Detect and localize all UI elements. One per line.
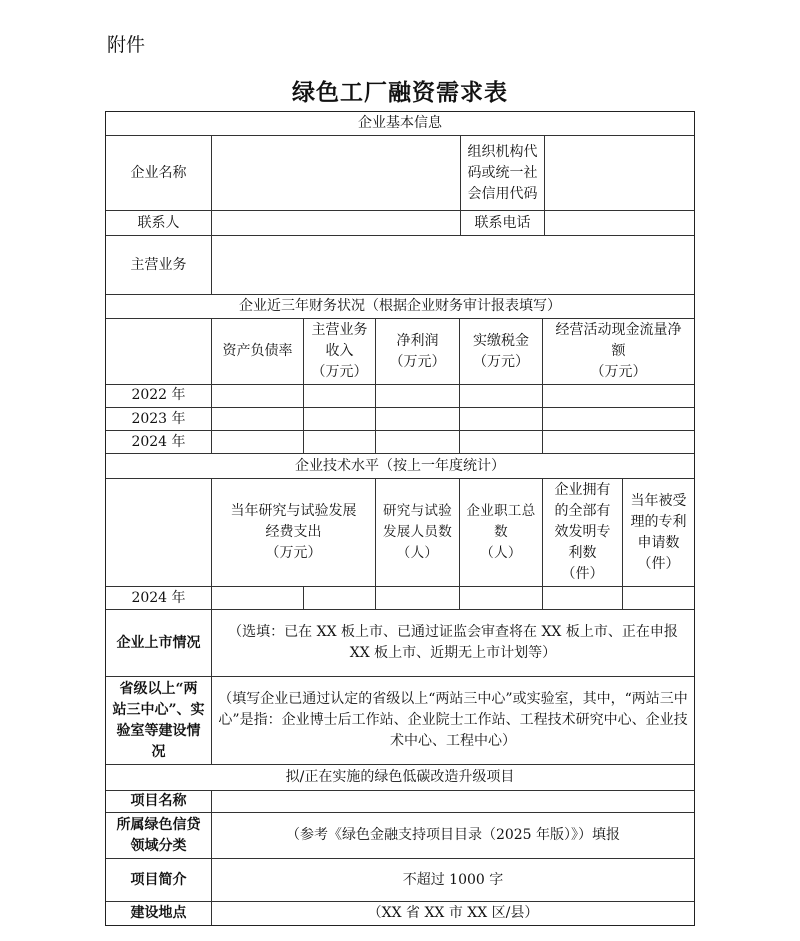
financing-form-table: 企业基本信息 企业名称 组织机构代 码或统一社 会信用代码 联系人 联系电话 主… (105, 111, 695, 926)
construction-location-field[interactable]: （XX 省 XX 市 XX 区/县） (212, 902, 694, 925)
tech-cell[interactable] (460, 587, 543, 610)
finance-col-header-blank (106, 319, 212, 385)
finance-cell[interactable] (543, 384, 694, 408)
finance-cell[interactable] (543, 408, 694, 431)
section-header-project: 拟/正在实施的绿色低碳改造升级项目 (106, 765, 694, 791)
tech-row-year: 2024 年 (106, 587, 212, 610)
tech-col-header-total-staff: 企业职工总 数 （人） (460, 479, 543, 587)
finance-row-year: 2023 年 (106, 408, 212, 431)
finance-cell[interactable] (376, 384, 460, 408)
finance-col-header-net-profit: 净利润 （万元） (376, 319, 460, 385)
project-name-field[interactable] (212, 791, 694, 813)
finance-cell[interactable] (460, 408, 543, 431)
attachment-label: 附件 (107, 30, 145, 57)
section-header-finance: 企业近三年财务状况（根据企业财务审计报表填写） (106, 295, 694, 319)
construction-location-label: 建设地点 (106, 902, 212, 925)
main-business-field[interactable] (212, 236, 694, 295)
listing-status-field[interactable]: （选填：已在 XX 板上市、已通过证监会审查将在 XX 板上市、正在申报 XX … (212, 610, 694, 677)
green-credit-category-field[interactable]: （参考《绿色金融支持项目目录（2025 年版）》）填报 (212, 813, 694, 859)
research-centers-field[interactable]: （填写企业已通过认定的省级以上“两站三中心”或实验室，其中，“两站三中心”是指：… (212, 677, 694, 765)
contact-label: 联系人 (106, 211, 212, 236)
finance-col-header-revenue: 主营业务 收入 （万元） (304, 319, 376, 385)
finance-cell[interactable] (376, 431, 460, 454)
contact-field[interactable] (212, 211, 461, 236)
tech-cell[interactable] (543, 587, 623, 610)
company-name-label: 企业名称 (106, 136, 212, 211)
tech-col-header-patent-applications: 当年被受 理的专利 申请数 （件） (623, 479, 694, 587)
main-business-label: 主营业务 (106, 236, 212, 295)
finance-cell[interactable] (460, 431, 543, 454)
org-code-field[interactable] (545, 136, 694, 211)
tech-cell[interactable] (212, 587, 304, 610)
finance-cell[interactable] (304, 384, 376, 408)
section-header-tech: 企业技术水平（按上一年度统计） (106, 454, 694, 479)
tech-cell[interactable] (623, 587, 694, 610)
org-code-label: 组织机构代 码或统一社 会信用代码 (461, 136, 545, 211)
listing-status-label: 企业上市情况 (106, 610, 212, 677)
tech-cell[interactable] (304, 587, 376, 610)
finance-cell[interactable] (212, 384, 304, 408)
tech-col-header-patents-held: 企业拥有 的全部有 效发明专 利数 （件） (543, 479, 623, 587)
project-intro-field[interactable]: 不超过 1000 字 (212, 859, 694, 902)
finance-cell[interactable] (376, 408, 460, 431)
tech-col-header-rd-staff: 研究与试验 发展人员数 （人） (376, 479, 460, 587)
finance-cell[interactable] (212, 431, 304, 454)
tech-col-header-blank (106, 479, 212, 587)
finance-cell[interactable] (304, 431, 376, 454)
form-title: 绿色工厂融资需求表 (0, 74, 800, 107)
finance-row-year: 2022 年 (106, 384, 212, 408)
finance-col-header-tax-paid: 实缴税金 （万元） (460, 319, 543, 385)
finance-cell[interactable] (304, 408, 376, 431)
research-centers-label: 省级以上“两 站三中心”、实 验室等建设情 况 (106, 677, 212, 765)
project-intro-label: 项目简介 (106, 859, 212, 902)
section-header-basic-info: 企业基本信息 (106, 112, 694, 136)
tech-col-header-rd-expense: 当年研究与试验发展 经费支出 （万元） (212, 479, 376, 587)
phone-field[interactable] (545, 211, 694, 236)
finance-cell[interactable] (212, 408, 304, 431)
finance-cell[interactable] (460, 384, 543, 408)
finance-row-year: 2024 年 (106, 431, 212, 454)
tech-cell[interactable] (376, 587, 460, 610)
phone-label: 联系电话 (461, 211, 545, 236)
company-name-field[interactable] (212, 136, 461, 211)
project-name-label: 项目名称 (106, 791, 212, 813)
finance-cell[interactable] (543, 431, 694, 454)
finance-col-header-debt-ratio: 资产负债率 (212, 319, 304, 385)
finance-col-header-cash-flow: 经营活动现金流量净 额 （万元） (543, 319, 694, 385)
green-credit-category-label: 所属绿色信贷 领域分类 (106, 813, 212, 859)
